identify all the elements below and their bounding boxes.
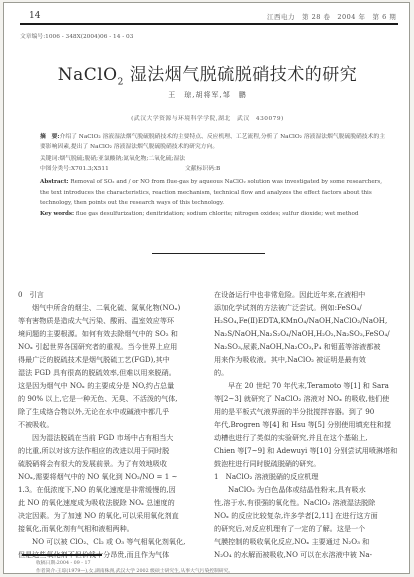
body-line: 动槽也进行了类似的实验研究,并且在这个基础上,: [214, 431, 399, 444]
keywords-en: Key words: flue gas desulfurization; den…: [40, 209, 390, 219]
classification: 中图分类号:X701.3;X511文献标识码:B: [40, 164, 390, 174]
body-line: 烟气中所含的烟尘、二氧化硫、氮氧化物(NOₓ): [18, 301, 203, 314]
body-line: 得最广泛的脱硫技术是烟气脱硫工艺(FGD),其中: [18, 353, 203, 366]
section-divider: [152, 253, 265, 254]
abstract-en-text: Removal of SO₂ and / or NO from flue-gas…: [40, 179, 382, 206]
keywords-cn-text: 烟气脱硫;脱硝;亚氯酸钠;氮氧化物;二氧化硫;湿法: [59, 156, 185, 162]
body-line: 不被吸收。: [18, 418, 203, 431]
body-line: 的。: [214, 366, 399, 379]
body-line: 除了生成络合物以外,无论在水中或碱液中都几乎: [18, 405, 203, 418]
clc-number: 中图分类号:X701.3;X511: [40, 166, 109, 172]
body-line: NOₓ 的反应比较复杂,许多学者[2,11] 在进行这方面: [214, 509, 399, 522]
title-formula: NaClO: [58, 65, 118, 85]
keywords-cn: 关键词:烟气脱硫;脱硝;亚氯酸钠;氮氧化物;二氧化硫;湿法: [40, 154, 390, 164]
body-line: NaClO₂ 为白色晶体或结晶性粉末,具有吸水: [214, 483, 399, 496]
body-line: 早在 20 世纪 70 年代末,Teramoto 等[1] 和 Sara: [214, 379, 399, 392]
abstract-en: Abstract: Removal of SO₂ and / or NO fro…: [40, 177, 390, 209]
abstract-cn-label: 摘 要:: [40, 134, 60, 140]
body-line: 境问题的主要根源。如何有效去除烟气中的 SO₂ 和: [18, 327, 203, 340]
section-heading: 1 NaClO₂ 溶液脱硝的反应机理: [214, 470, 399, 483]
abstract-cn: 摘 要:介绍了 NaClO₂ 溶液湿法烟气脱硫脱硝技术的主要特点、反应机理、工艺…: [40, 132, 390, 152]
body-line: 性,溶于水,有很强的氧化性。NaClO₂ 溶液湿法脱除: [214, 496, 399, 509]
body-line: 在设备运行中也非常危险。因此近年来,在液相中: [214, 288, 399, 301]
body-line: 等[2~3] 就研究了 NaClO₂ 溶液对 NOₓ 的吸收,他们使: [214, 392, 399, 405]
body-line: 接氧化,而氧化剂有气相和液相两种。: [18, 522, 203, 535]
keywords-en-label: Key words:: [40, 211, 74, 217]
document-code: 文献标识码:B: [185, 164, 220, 174]
abstract-en-label: Abstract:: [40, 179, 69, 185]
title-text: 湿法烟气脱硫脱硝技术的研究: [124, 65, 357, 85]
body-line: 年代,Brogren 等[4] 和 Hsu 等[5] 分别使用填充柱和搅: [214, 418, 399, 431]
body-line: 等有害物质是造成大气污染、酸雨、温室效应等环: [18, 314, 203, 327]
body-line: Chien 等[7~9] 和 Adewuyi 等[10] 分别尝试用喷淋塔和: [214, 444, 399, 457]
body-line: 1.3。在低浓度下,NO 的氧化速度是非常缓慢的,因: [18, 483, 203, 496]
journal-issue: 江西电力 第 28 卷 2004 年 第 6 期: [267, 12, 396, 21]
header-rule: [20, 23, 398, 25]
body-line: 因为湿法脱硫在当前 FGD 市场中占有相当大: [18, 431, 203, 444]
body-line: 气膜控制的吸收氧化反应,NOₓ 主要通过 N₂O₃ 和: [214, 535, 399, 548]
footnote-rule: [22, 554, 102, 556]
received-date: 收稿日期:2004 - 09 - 17: [36, 559, 91, 566]
body-line: 此 NO 的氧化速度成为吸收法脱除 NOₓ 总速度的: [18, 496, 203, 509]
paper-title: NaClO2 湿法烟气脱硫脱硝技术的研究: [4, 60, 411, 87]
body-line: NOₓ,需要将烟气中的 NO 氧化到 NO₂/NO = 1 ~: [18, 470, 203, 483]
keywords-en-text: flue gas desulfurization; denitridation;…: [74, 211, 358, 217]
body-line: H₂SO₄,Fe(Ⅱ)EDTA,KMnO₄/NaOH,NaClO₂/NaOH,: [214, 314, 399, 327]
body-line: 湿法 FGD 具有很高的脱硫效率,但难以用来脱硝。: [18, 366, 203, 379]
article-number: 文章编号:1006 - 348X(2004)06 - 14 - 03: [20, 31, 133, 40]
body-line: NOₓ 引起世界各国研究者的重视。当今世界上应用: [18, 340, 203, 353]
body-line: 这是因为烟气中 NOₓ 的主要成分是 NO,约占总量: [18, 379, 203, 392]
body-line: 鼓泡柱进行同时脱硫脱硝的研究。: [214, 457, 399, 470]
body-line: 添加化学试剂的方法被广泛尝试。例如:FeSO₄/: [214, 301, 399, 314]
abstract-cn-text: 介绍了 NaClO₂ 溶液湿法烟气脱硫脱硝技术的主要特点、反应机理、工艺流程,分…: [40, 134, 385, 150]
body-line: NO 可以被 ClO₂、Cl₂ 或 O₃ 等气相氧化剂氧化,: [18, 535, 203, 548]
body-line: 用来作为吸收液。其中,NaClO₂ 被证明是最有效: [214, 353, 399, 366]
body-column-right: 在设备运行中也非常危险。因此近年来,在液相中添加化学试剂的方法被广泛尝试。例如:…: [214, 288, 399, 561]
body-line: 决定因素。为了加速 NO 的氧化,可以采用氧化剂直: [18, 509, 203, 522]
body-line: 用的是平板式气液界面的半分批搅拌容器。到了 90: [214, 405, 399, 418]
body-line: N₂O₄ 的水解而被吸收,NO 可以在水溶液中被 Na-: [214, 548, 399, 561]
body-column-left: 0 引言烟气中所含的烟尘、二氧化硫、氮氧化物(NOₓ)等有害物质是造成大气污染、…: [18, 288, 203, 561]
section-heading: 0 引言: [18, 288, 203, 301]
page-number: 14: [29, 11, 40, 21]
body-line: 硫脱硝将会有很大的发展前景。为了有效地吸收: [18, 457, 203, 470]
body-line: Na₂S/NaOH,Na₂S₂O₄/NaOH,H₂O₂,Na₂SO₃,FeSO₄…: [214, 327, 399, 340]
affiliation: (武汉大学资源与环境科学学院,湖北 武汉 430079): [4, 113, 411, 122]
keywords-cn-label: 关键词:: [40, 156, 59, 162]
body-line: 的比重,所以对该方法作相应的改进以用于同时脱: [18, 444, 203, 457]
body-line: Na₂SO₃,尿素,NaOH,Na₂CO₃,P₄ 和钼蓝等溶液都被: [214, 340, 399, 353]
authors: 王 琼,胡将军,邹 鹏: [4, 90, 411, 100]
paper-page: 14 江西电力 第 28 卷 2004 年 第 6 期 文章编号:1006 - …: [3, 2, 410, 574]
body-line: 的 90% 以上,它是一种无色、无臭、不活泼的气体,: [18, 392, 203, 405]
body-line: 的研究后,对反应机理有了一定的了解。这是一个: [214, 522, 399, 535]
author-bio: 作者简介:王琼(1979—),女,湖南株洲,武汉大学 2002 级硕士研究生,从…: [36, 567, 233, 574]
